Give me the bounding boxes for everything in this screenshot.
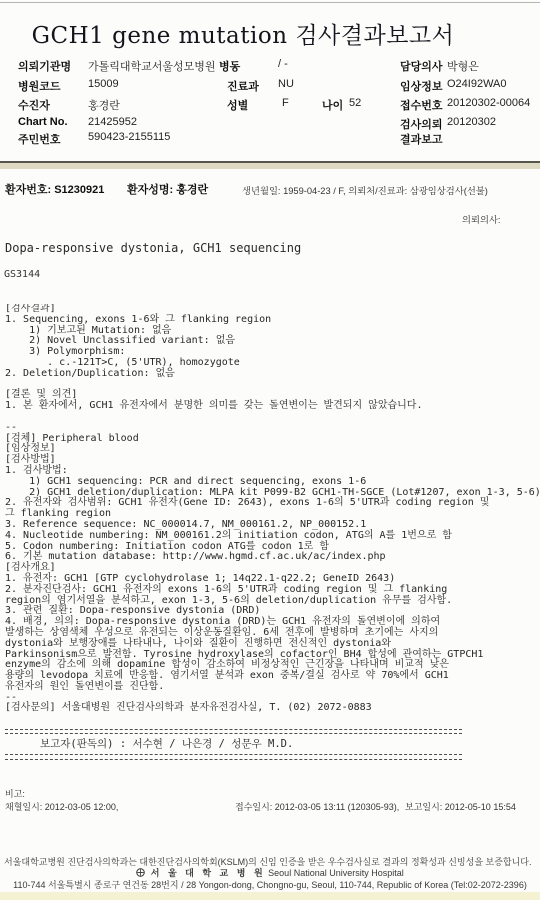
sex-value: F [282,97,289,109]
remark-label: 비고: [5,787,25,800]
reporter-line: 보고자(판독의) : 서수현 / 나은경 / 성문우 M.D. [40,736,293,751]
patient-label: 수진자 [18,97,50,113]
sex-label: 성별 [227,97,248,113]
ward-label: 병동 [219,58,240,74]
dept-value: NU [278,78,294,90]
reported-datetime: 보고일시: 2012-05-10 15:54 [405,800,516,813]
reporter-dash-line [5,754,462,755]
doctor-value: 박형은 [447,58,479,74]
request-date-value: 20120302 [447,116,496,128]
chart-no-value: 21425952 [88,116,137,128]
hospital-code-value: 15009 [88,78,119,90]
report-page: GCH1 gene mutation 검사결과보고서 의뢰기관명 가톨릭대학교서… [0,0,540,900]
reporter-dash-line [5,733,462,734]
hospital-code-label: 병원코드 [18,78,61,94]
scan-bottom-edge-strip [0,892,540,900]
received-datetime: 접수일시: 2012-03-05 13:11 (120305-93), [235,800,399,813]
report-date-label: 결과보고 [400,131,443,147]
patient-value: 홍경란 [88,97,120,113]
patient-number: 환자번호: S1230921 [5,181,104,197]
org-value: 가톨릭대학교서울성모병원 [88,58,216,74]
section-divider-band [0,163,540,169]
age-value: 52 [349,97,361,109]
birth-info: 생년월일: 1959-04-23 / F, 의뢰처/진료과: 삼광임상검사(선불… [242,183,488,197]
dept-label: 진료과 [227,78,259,94]
page-title: GCH1 gene mutation 검사결과보고서 [28,17,458,50]
specimen-id: GS3144 [4,269,40,280]
hospital-name-en: Seoul National University Hospital [268,868,404,878]
request-date-label: 검사의뢰 [400,116,443,132]
reporter-dash-line [5,729,462,730]
resident-no-value: 590423-2155115 [88,131,170,143]
collected-datetime: 채혈일시: 2012-03-05 12:00, [5,800,118,813]
ward-value: / - [278,58,288,70]
receipt-no-value: 20120302-00064 [447,97,530,109]
age-label: 나이 [322,97,343,113]
report-body-text: [검사결과] 1. Sequencing, exons 1-6와 그 flank… [5,304,539,722]
resident-no-label: 주민번호 [18,131,61,147]
test-name: Dopa-responsive dystonia, GCH1 sequencin… [5,241,301,255]
doctor-label: 담당의사 [400,58,443,74]
receipt-no-label: 접수번호 [400,97,443,113]
scan-top-edge-line [0,2,540,3]
clinical-info-label: 임상정보 [400,78,443,94]
reporter-dash-line [5,759,462,760]
hospital-name-kr: 서 울 대 학 교 병 원 [151,868,266,878]
clinical-info-value: O24I92WA0 [447,78,507,90]
hospital-address: 110-744 서울특별시 종로구 연건동 28번지 / 28 Yongon-d… [0,878,540,891]
org-label: 의뢰기관명 [18,58,71,74]
chart-no-label: Chart No. [18,116,68,128]
referring-doctor: 의뢰의사: [462,212,501,226]
patient-name: 환자성명: 홍경란 [127,181,208,197]
